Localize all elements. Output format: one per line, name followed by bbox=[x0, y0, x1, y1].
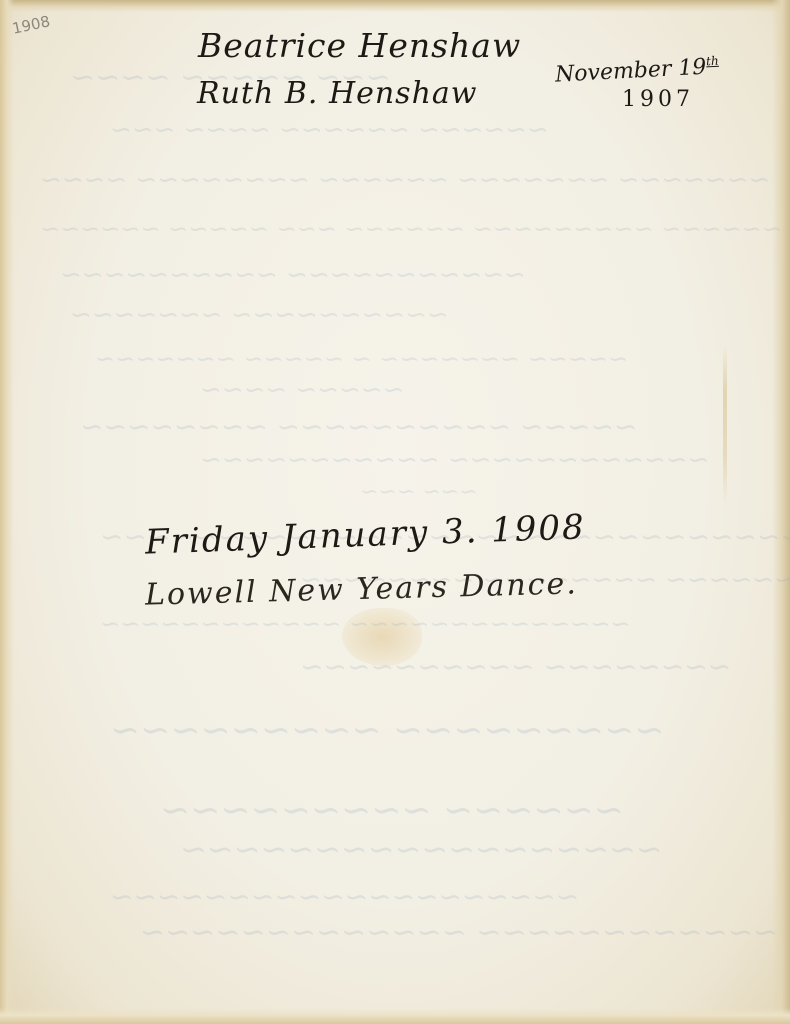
date-year: 1907 bbox=[622, 87, 694, 112]
date-top-right: November 19th bbox=[554, 54, 719, 88]
signature-beatrice: Beatrice Henshaw bbox=[198, 26, 521, 65]
aged-left-edge bbox=[0, 0, 14, 1024]
aged-right-edge bbox=[772, 0, 790, 1024]
signature-ruth: Ruth B. Henshaw bbox=[197, 76, 477, 111]
aged-bottom-edge bbox=[0, 1008, 790, 1024]
date-ordinal: th bbox=[706, 54, 719, 69]
date-month-day: November 19 bbox=[554, 55, 707, 88]
paper-stain bbox=[342, 608, 422, 666]
pencil-year-note: 1908 bbox=[11, 12, 52, 38]
aged-top-edge bbox=[0, 0, 790, 12]
entry-event-line: Lowell New Years Dance. bbox=[145, 566, 579, 612]
paper-streak bbox=[723, 345, 727, 505]
entry-date-line: Friday January 3. 1908 bbox=[144, 507, 586, 562]
album-page: ~~~ ~~~~~ ~~~~ ~~~~~~ ~~~~~~ ~~~~ ~~~ ~~… bbox=[0, 0, 790, 1024]
